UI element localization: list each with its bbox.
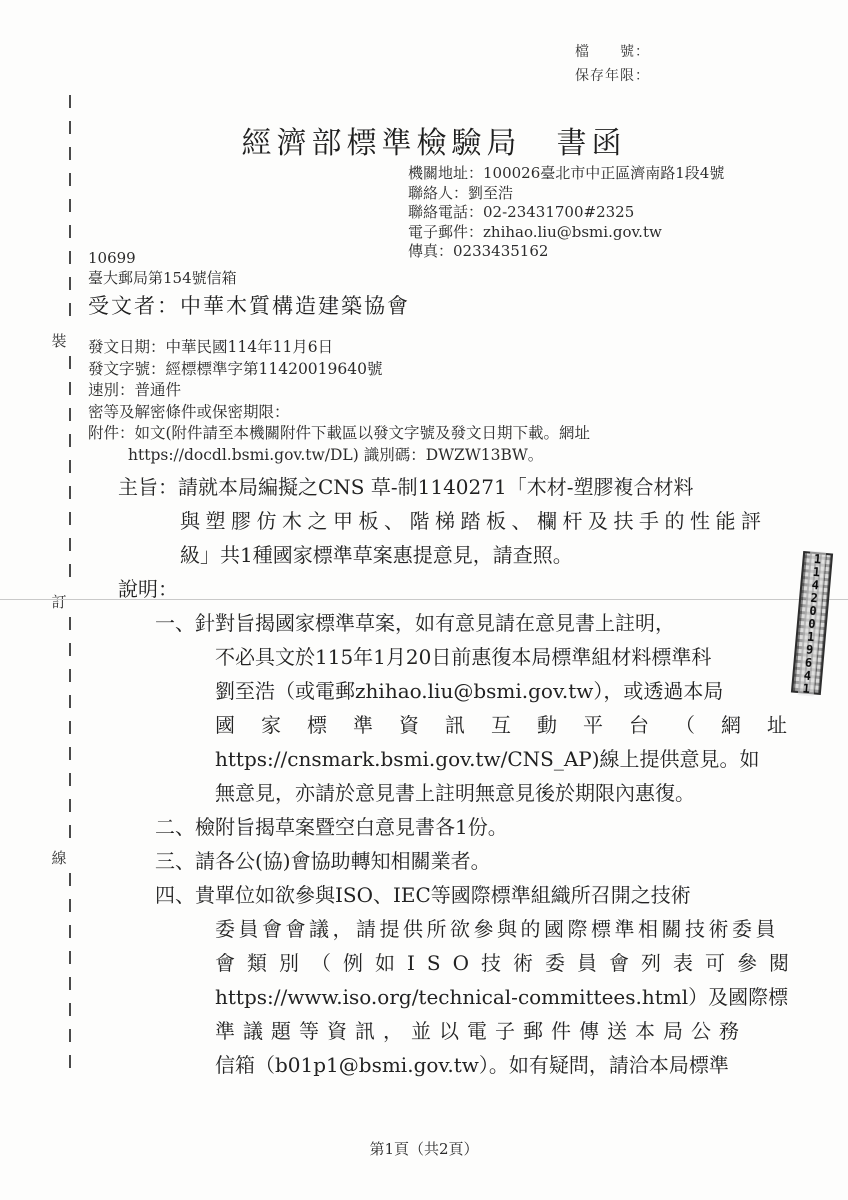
contact-person: 聯絡人：劉至浩 xyxy=(408,184,724,204)
agency-contact-block: 機關地址：100026臺北市中正區濟南路1段4號 聯絡人：劉至浩 聯絡電話：02… xyxy=(408,164,724,262)
binding-dash-line xyxy=(69,95,71,325)
binding-dash-line xyxy=(69,617,71,845)
item3-line: 三、請各公(協)會協助轉知相關業者。 xyxy=(118,846,794,880)
item4-line: https://www.iso.org/technical-committees… xyxy=(118,982,794,1016)
scan-fold-line xyxy=(0,599,848,600)
contact-fax: 傳真：0233435162 xyxy=(408,242,724,262)
binding-dash-line xyxy=(69,873,71,1080)
item4-line: 準議題等資訊，並以電子郵件傳送本局公務 xyxy=(118,1016,794,1050)
document-title: 經濟部標準檢驗局 書函 xyxy=(0,118,848,162)
item1-line: 一、針對旨揭國家標準草案，如有意見請在意見書上註明， xyxy=(118,608,794,642)
attachment-note-line2: https://docdl.bsmi.gov.tw/DL) 識別碼：DWZW13… xyxy=(88,445,590,467)
addressee: 受文者：中華木質構造建築協會 xyxy=(88,291,410,321)
contact-email: 電子郵件：zhihao.liu@bsmi.gov.tw xyxy=(408,223,724,243)
item4-line: 會類別（例如ISO技術委員會列表可參閱 xyxy=(118,948,794,982)
letter-body: 主旨：請就本局編擬之CNS 草-制1140271「木材-塑膠複合材料 與塑膠仿木… xyxy=(118,472,794,1084)
item1-line: 國家標準資訊互動平台（網址 xyxy=(118,710,794,744)
receipt-stamp-number: 11420019641 xyxy=(798,550,827,696)
agency-address: 機關地址：100026臺北市中正區濟南路1段4號 xyxy=(408,164,724,184)
issue-date: 發文日期：中華民國114年11月6日 xyxy=(88,337,590,359)
retention-period-label: 保存年限： xyxy=(575,64,650,88)
doc-number: 發文字號：經標標準字第11420019640號 xyxy=(88,359,590,381)
attachment-note-line1: 附件：如文(附件請至本機關附件下載區以發文字號及發文日期下載。網址 xyxy=(88,423,590,445)
archive-label-block: 檔 號： 保存年限： xyxy=(575,40,650,88)
item1-line: https://cnsmark.bsmi.gov.tw/CNS_AP)線上提供意… xyxy=(118,744,794,778)
subject-line: 主旨：請就本局編擬之CNS 草-制1140271「木材-塑膠複合材料 xyxy=(118,472,794,506)
item2-line: 二、檢附旨揭草案暨空白意見書各1份。 xyxy=(118,812,794,846)
security-classification: 密等及解密條件或保密期限： xyxy=(88,402,590,424)
receipt-stamp: 11420019641 xyxy=(791,551,833,695)
contact-phone: 聯絡電話：02-23431700#2325 xyxy=(408,203,724,223)
explanation-label: 說明： xyxy=(118,574,794,608)
delivery-speed: 速別：普通件 xyxy=(88,380,590,402)
file-number-label: 檔 號： xyxy=(575,40,650,64)
binding-mark-xian: 線 xyxy=(48,847,70,868)
item4-line: 信箱（b01p1@bsmi.gov.tw）。如有疑問，請洽本局標準 xyxy=(118,1050,794,1084)
binding-mark-ding: 訂 xyxy=(48,591,70,612)
item1-line: 不必具文於115年1月20日前惠復本局標準組材料標準科 xyxy=(118,642,794,676)
recipient-block: 10699 臺大郵局第154號信箱 受文者：中華木質構造建築協會 xyxy=(88,248,410,321)
subject-line: 與塑膠仿木之甲板、階梯踏板、欄杆及扶手的性能評 xyxy=(118,506,794,540)
item4-line: 委員會會議，請提供所欲參與的國際標準相關技術委員 xyxy=(118,914,794,948)
binding-dash-line xyxy=(69,356,71,590)
binding-mark-zhuang: 裝 xyxy=(48,330,70,351)
subject-line: 級」共1種國家標準草案惠提意見，請查照。 xyxy=(118,540,794,574)
item1-line: 劉至浩（或電郵zhihao.liu@bsmi.gov.tw），或透過本局 xyxy=(118,676,794,710)
item1-line: 無意見，亦請於意見書上註明無意見後於期限內惠復。 xyxy=(118,778,794,812)
document-meta-block: 發文日期：中華民國114年11月6日 發文字號：經標標準字第1142001964… xyxy=(88,337,590,466)
item4-line: 四、貴單位如欲參與ISO、IEC等國際標準組織所召開之技術 xyxy=(118,880,794,914)
page-number: 第1頁（共2頁） xyxy=(0,1138,848,1159)
postal-code: 10699 xyxy=(88,248,410,268)
scanned-official-letter-page: 檔 號： 保存年限： 經濟部標準檢驗局 書函 機關地址：100026臺北市中正區… xyxy=(0,0,848,1200)
po-box: 臺大郵局第154號信箱 xyxy=(88,268,410,288)
